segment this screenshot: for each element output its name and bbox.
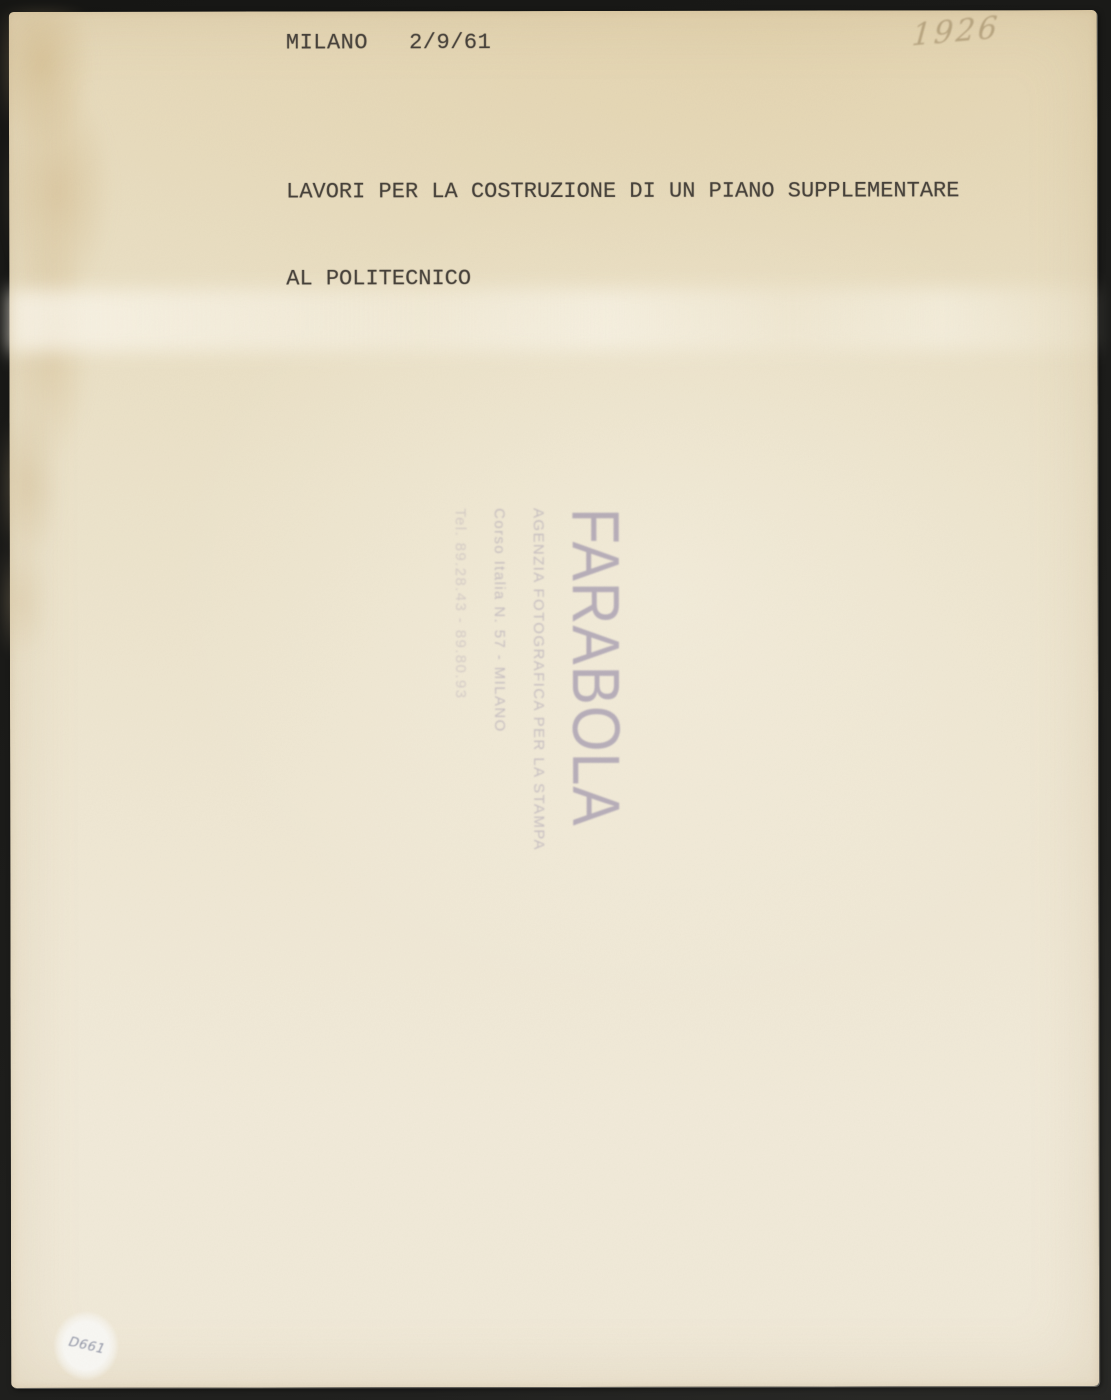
stamp-line-agency-desc: AGENZIA FOTOGRAFICA PER LA STAMPA — [519, 508, 559, 848]
stamp-line-address: Corso Italia N. 57 - MILANO — [480, 508, 520, 848]
farabola-agency-stamp: FARABOLA AGENZIA FOTOGRAFICA PER LA STAM… — [418, 508, 629, 848]
typed-caption: LAVORI PER LA COSTRUZIONE DI UN PIANO SU… — [286, 118, 960, 351]
photo-back-paper: MILANO 2/9/61 LAVORI PER LA COSTRUZIONE … — [9, 10, 1099, 1388]
stamp-line-phone: Tel. 89.28.43 - 89.80.93 — [441, 508, 481, 848]
scan-background: MILANO 2/9/61 LAVORI PER LA COSTRUZIONE … — [0, 0, 1111, 1400]
dateline: MILANO 2/9/61 — [286, 32, 491, 54]
caption-line-2: AL POLITECNICO — [286, 263, 959, 293]
stamp-agency-name: FARABOLA — [561, 508, 629, 831]
dateline-date: 2/9/61 — [409, 32, 491, 54]
archive-sticker-code: D661 — [65, 1335, 107, 1357]
caption-line-1: LAVORI PER LA COSTRUZIONE DI UN PIANO SU… — [286, 176, 959, 206]
archive-sticker: D661 — [53, 1311, 119, 1381]
dateline-city: MILANO — [286, 32, 368, 54]
pencil-annotation: 1926 — [910, 10, 1001, 53]
